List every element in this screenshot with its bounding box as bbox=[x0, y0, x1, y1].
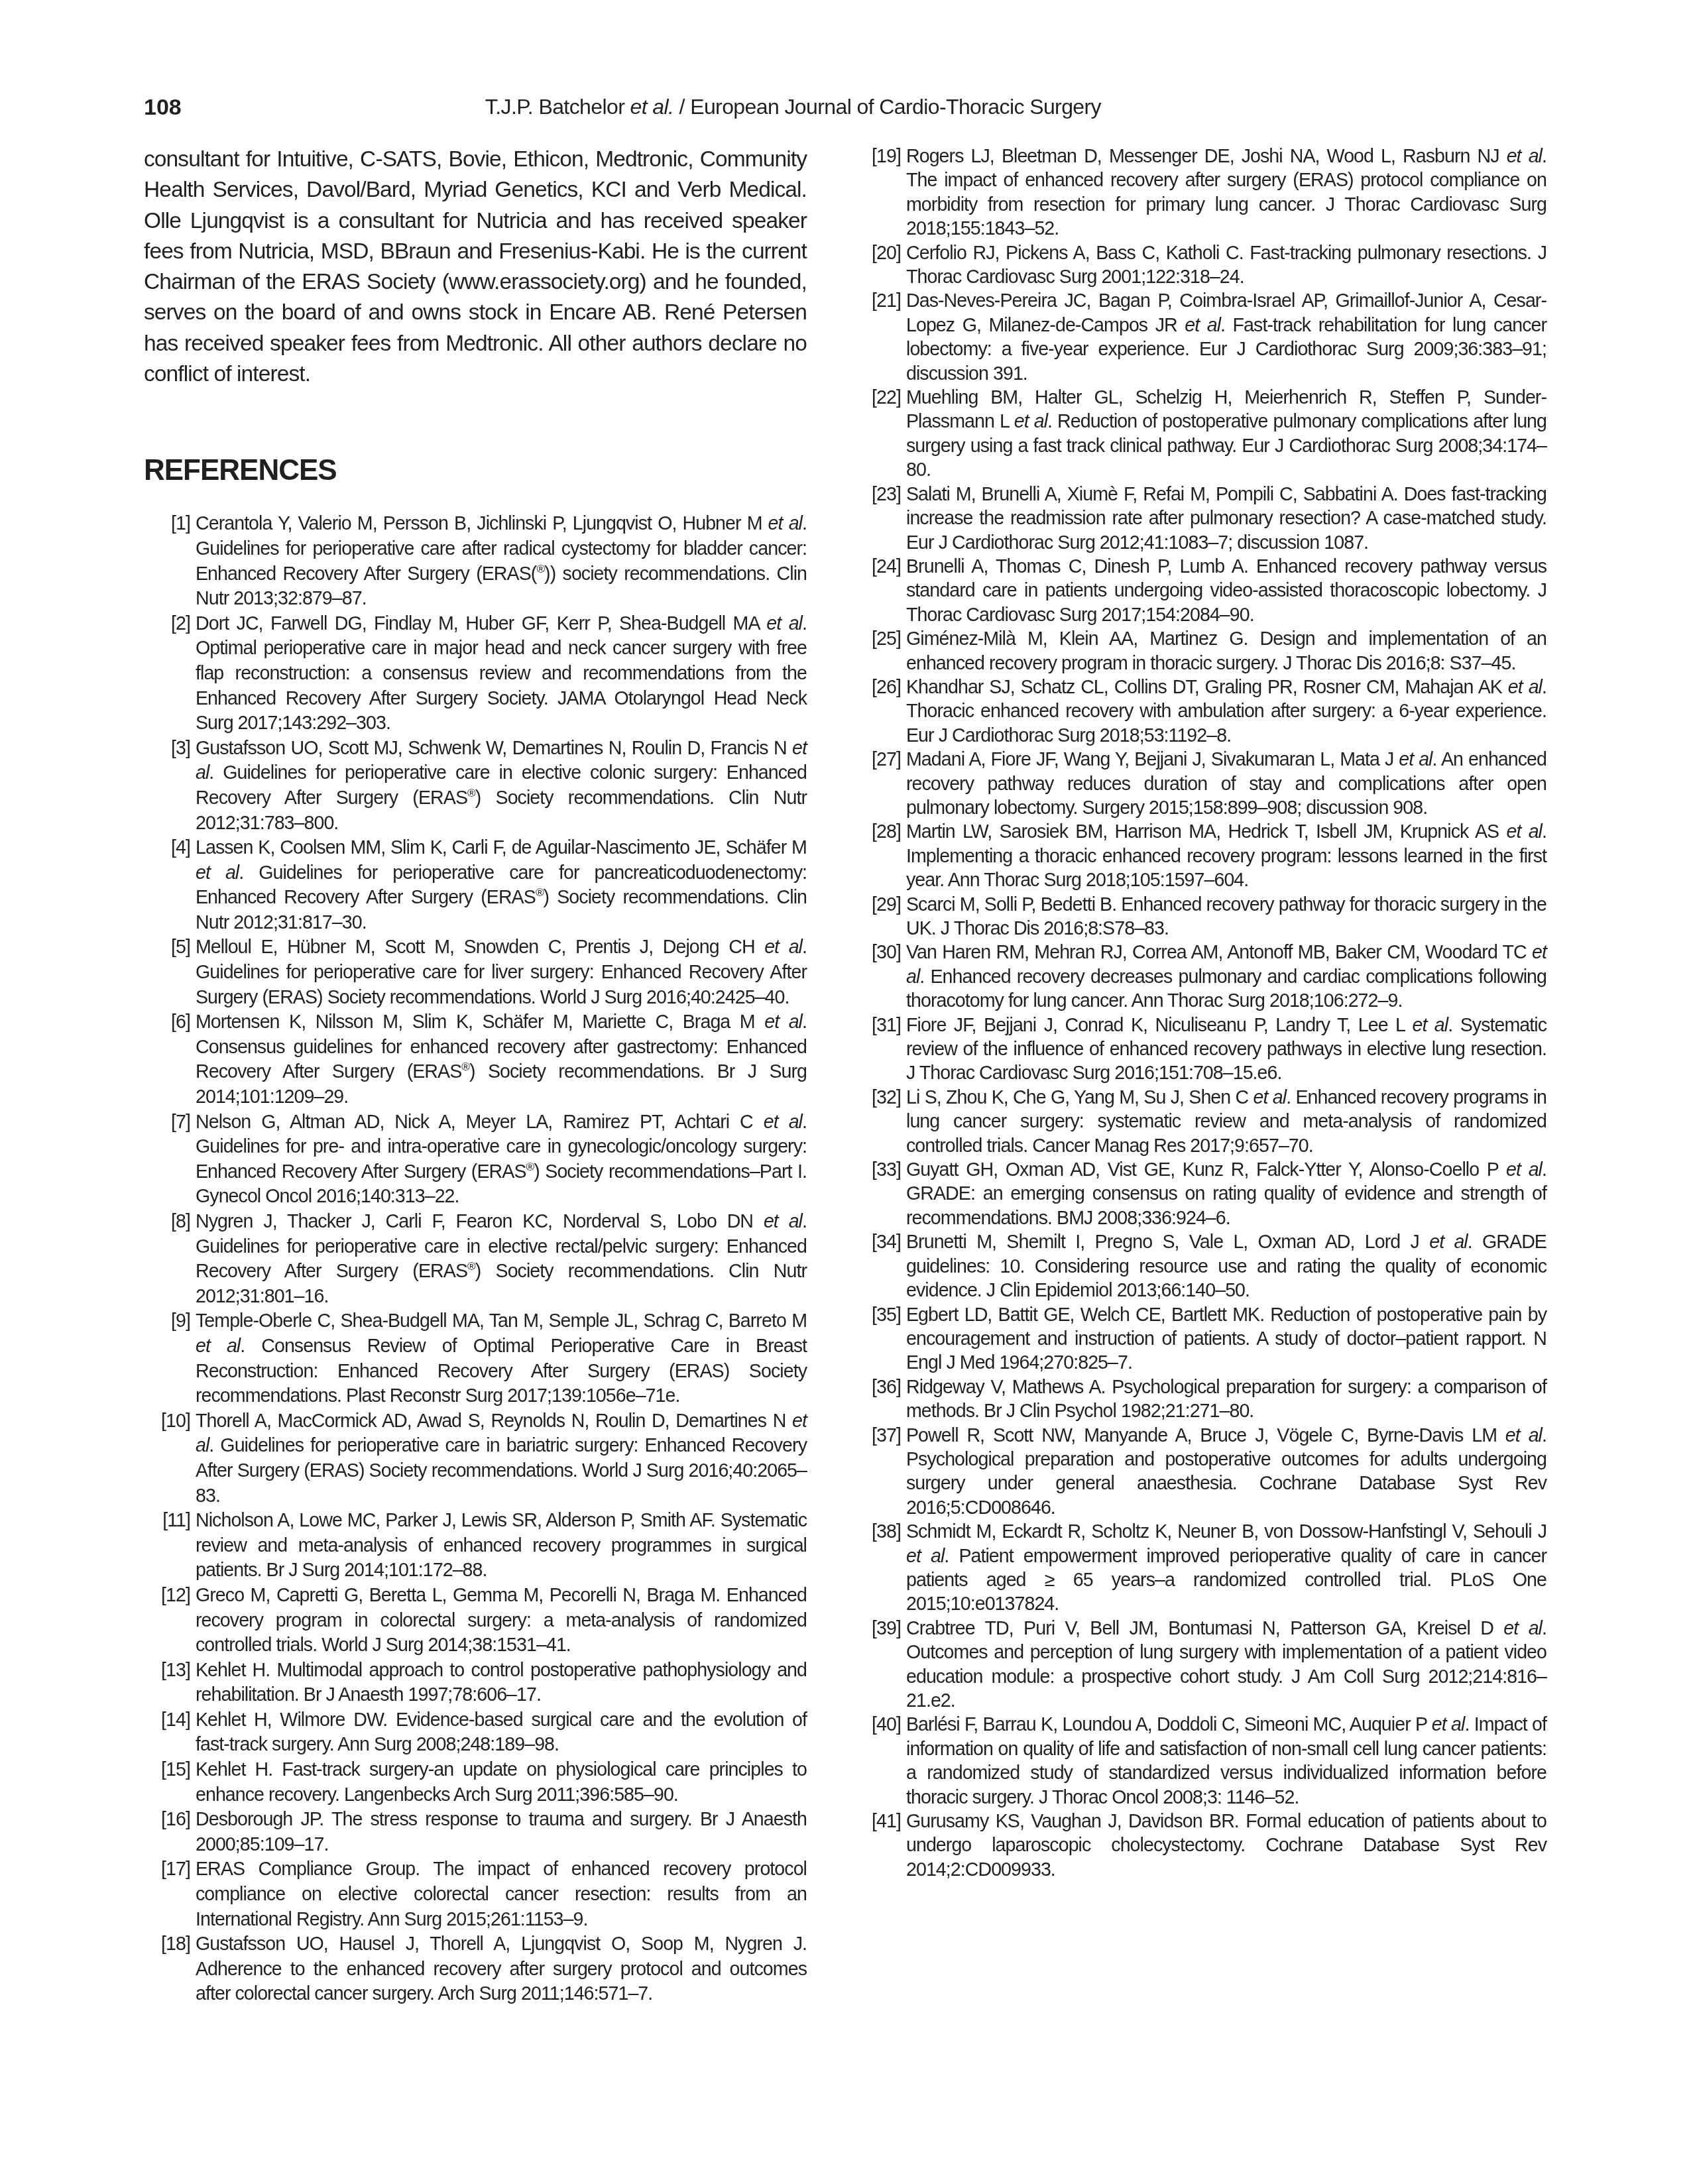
registered-mark: ® bbox=[526, 1160, 534, 1173]
reference-text: Gurusamy KS, Vaughan J, Davidson BR. For… bbox=[906, 1811, 1546, 1880]
reference-text-cont: . Guidelines for perioperative care in b… bbox=[196, 1435, 807, 1506]
reference-number: [27] bbox=[872, 748, 901, 772]
reference-item: [18]Gustafsson UO, Hausel J, Thorell A, … bbox=[144, 1932, 807, 2007]
reference-number: [2] bbox=[171, 612, 190, 637]
reference-text: Rogers LJ, Bleetman D, Messenger DE, Jos… bbox=[906, 146, 1507, 167]
reference-item: [4]Lassen K, Coolsen MM, Slim K, Carli F… bbox=[144, 836, 807, 935]
reference-etal: et al bbox=[766, 613, 802, 634]
reference-number: [22] bbox=[872, 386, 901, 410]
reference-text: Barlési F, Barrau K, Loundou A, Doddoli … bbox=[906, 1714, 1432, 1735]
reference-etal: et al bbox=[196, 1336, 240, 1357]
reference-item: [32]Li S, Zhou K, Che G, Yang M, Su J, S… bbox=[870, 1086, 1546, 1158]
conflict-of-interest-paragraph: consultant for Intuitive, C-SATS, Bovie,… bbox=[144, 144, 807, 390]
reference-number: [21] bbox=[872, 289, 901, 313]
reference-text: Giménez-Milà M, Klein AA, Martinez G. De… bbox=[906, 628, 1546, 673]
reference-text: Melloul E, Hübner M, Scott M, Snowden C,… bbox=[196, 937, 764, 958]
reference-etal: et al bbox=[1503, 1618, 1542, 1639]
reference-number: [11] bbox=[162, 1509, 190, 1534]
reference-text: Lassen K, Coolsen MM, Slim K, Carli F, d… bbox=[196, 837, 807, 858]
reference-item: [34]Brunetti M, Shemilt I, Pregno S, Val… bbox=[870, 1230, 1546, 1302]
reference-item: [25]Giménez-Milà M, Klein AA, Martinez G… bbox=[870, 627, 1546, 675]
references-heading: REFERENCES bbox=[144, 451, 807, 490]
reference-number: [12] bbox=[161, 1583, 190, 1609]
reference-item: [19]Rogers LJ, Bleetman D, Messenger DE,… bbox=[870, 144, 1546, 241]
reference-text: Gustafsson UO, Hausel J, Thorell A, Ljun… bbox=[196, 1933, 807, 2004]
reference-number: [15] bbox=[161, 1758, 190, 1783]
reference-number: [33] bbox=[872, 1158, 901, 1182]
reference-text: Cerantola Y, Valerio M, Persson B, Jichl… bbox=[196, 513, 768, 534]
reference-text: Kehlet H, Wilmore DW. Evidence-based sur… bbox=[196, 1709, 807, 1756]
reference-etal: et al bbox=[1432, 1714, 1465, 1735]
reference-text-cont: . Patient empowerment improved periopera… bbox=[906, 1546, 1546, 1615]
reference-etal: et al bbox=[764, 1112, 802, 1133]
reference-item: [17]ERAS Compliance Group. The impact of… bbox=[144, 1857, 807, 1932]
reference-text: Crabtree TD, Puri V, Bell JM, Bontumasi … bbox=[906, 1618, 1503, 1639]
reference-etal: et al bbox=[1185, 315, 1220, 336]
reference-text: Scarci M, Solli P, Bedetti B. Enhanced r… bbox=[906, 894, 1546, 939]
reference-item: [21]Das-Neves-Pereira JC, Bagan P, Coimb… bbox=[870, 289, 1546, 386]
reference-text: Martin LW, Sarosiek BM, Harrison MA, Hed… bbox=[906, 821, 1506, 842]
reference-text: Mortensen K, Nilsson M, Slim K, Schäfer … bbox=[196, 1011, 764, 1033]
reference-text: Kehlet H. Multimodal approach to control… bbox=[196, 1660, 807, 1706]
reference-item: [31]Fiore JF, Bejjani J, Conrad K, Nicul… bbox=[870, 1013, 1546, 1086]
reference-etal: et al bbox=[764, 1011, 802, 1033]
registered-mark: ® bbox=[467, 786, 475, 799]
reference-etal: et al bbox=[1507, 146, 1542, 167]
reference-text: ERAS Compliance Group. The impact of enh… bbox=[196, 1859, 807, 1929]
reference-text: Gustafsson UO, Scott MJ, Schwenk W, Dema… bbox=[196, 738, 792, 759]
reference-text: Kehlet H. Fast-track surgery-an update o… bbox=[196, 1759, 807, 1806]
reference-text: Desborough JP. The stress response to tr… bbox=[196, 1809, 807, 1855]
reference-etal: et al bbox=[906, 1546, 944, 1567]
reference-item: [33]Guyatt GH, Oxman AD, Vist GE, Kunz R… bbox=[870, 1158, 1546, 1230]
reference-number: [1] bbox=[171, 512, 190, 537]
reference-text: Fiore JF, Bejjani J, Conrad K, Niculisea… bbox=[906, 1015, 1412, 1036]
reference-text: Egbert LD, Battit GE, Welch CE, Bartlett… bbox=[906, 1304, 1546, 1374]
reference-item: [15]Kehlet H. Fast-track surgery-an upda… bbox=[144, 1758, 807, 1808]
reference-number: [23] bbox=[872, 483, 901, 506]
left-column: consultant for Intuitive, C-SATS, Bovie,… bbox=[144, 144, 807, 2007]
reference-etal: et al bbox=[1014, 411, 1047, 432]
reference-text: Salati M, Brunelli A, Xiumè F, Refai M, … bbox=[906, 484, 1546, 553]
running-head-journal: / European Journal of Cardio-Thoracic Su… bbox=[673, 95, 1101, 119]
reference-text: Van Haren RM, Mehran RJ, Correa AM, Anto… bbox=[906, 942, 1532, 963]
reference-number: [26] bbox=[872, 675, 901, 699]
reference-number: [3] bbox=[171, 736, 190, 762]
reference-number: [5] bbox=[171, 935, 190, 960]
reference-number: [13] bbox=[161, 1658, 190, 1684]
reference-item: [41]Gurusamy KS, Vaughan J, Davidson BR.… bbox=[870, 1810, 1546, 1882]
reference-text: Khandhar SJ, Schatz CL, Collins DT, Gral… bbox=[906, 677, 1508, 698]
reference-number: [28] bbox=[872, 820, 901, 844]
reference-item: [16]Desborough JP. The stress response t… bbox=[144, 1808, 807, 1857]
reference-item: [7]Nelson G, Altman AD, Nick A, Meyer LA… bbox=[144, 1110, 807, 1210]
reference-etal: et al bbox=[1429, 1232, 1468, 1253]
reference-etal: et al bbox=[1506, 1159, 1542, 1180]
reference-number: [34] bbox=[872, 1230, 901, 1254]
reference-text: Guyatt GH, Oxman AD, Vist GE, Kunz R, Fa… bbox=[906, 1159, 1506, 1180]
reference-etal: et al bbox=[196, 862, 239, 884]
reference-item: [40]Barlési F, Barrau K, Loundou A, Dodd… bbox=[870, 1713, 1546, 1810]
reference-item: [23]Salati M, Brunelli A, Xiumè F, Refai… bbox=[870, 483, 1546, 555]
reference-item: [10]Thorell A, MacCormick AD, Awad S, Re… bbox=[144, 1409, 807, 1509]
reference-item: [12]Greco M, Capretti G, Beretta L, Gemm… bbox=[144, 1583, 807, 1658]
reference-number: [18] bbox=[161, 1932, 190, 1957]
reference-number: [6] bbox=[171, 1010, 190, 1035]
reference-number: [8] bbox=[171, 1210, 190, 1235]
reference-number: [31] bbox=[872, 1013, 901, 1037]
reference-number: [40] bbox=[872, 1713, 901, 1737]
reference-etal: et al bbox=[1254, 1087, 1287, 1108]
reference-number: [30] bbox=[872, 941, 901, 964]
reference-text: Thorell A, MacCormick AD, Awad S, Reynol… bbox=[196, 1410, 792, 1432]
running-head: T.J.P. Batchelor et al. / European Journ… bbox=[418, 95, 1101, 119]
reference-etal: et al bbox=[1505, 1425, 1542, 1446]
reference-text: Ridgeway V, Mathews A. Psychological pre… bbox=[906, 1377, 1546, 1422]
reference-number: [7] bbox=[171, 1110, 190, 1135]
reference-item: [20]Cerfolio RJ, Pickens A, Bass C, Kath… bbox=[870, 241, 1546, 290]
running-head-authors: T.J.P. Batchelor bbox=[485, 95, 624, 119]
reference-text: Nelson G, Altman AD, Nick A, Meyer LA, R… bbox=[196, 1112, 764, 1133]
reference-item: [22]Muehling BM, Halter GL, Schelzig H, … bbox=[870, 386, 1546, 483]
reference-text: Brunelli A, Thomas C, Dinesh P, Lumb A. … bbox=[906, 556, 1546, 626]
reference-item: [11]Nicholson A, Lowe MC, Parker J, Lewi… bbox=[144, 1509, 807, 1583]
reference-item: [36]Ridgeway V, Mathews A. Psychological… bbox=[870, 1375, 1546, 1424]
reference-item: [8]Nygren J, Thacker J, Carli F, Fearon … bbox=[144, 1210, 807, 1309]
reference-text: Cerfolio RJ, Pickens A, Bass C, Katholi … bbox=[906, 243, 1546, 288]
reference-etal: et al bbox=[1412, 1015, 1448, 1036]
reference-number: [20] bbox=[872, 241, 901, 265]
reference-item: [3]Gustafsson UO, Scott MJ, Schwenk W, D… bbox=[144, 736, 807, 836]
reference-number: [35] bbox=[872, 1303, 901, 1327]
reference-number: [14] bbox=[161, 1708, 190, 1733]
reference-number: [32] bbox=[872, 1086, 901, 1110]
reference-number: [29] bbox=[872, 893, 901, 917]
reference-number: [39] bbox=[872, 1617, 901, 1640]
reference-text: Nicholson A, Lowe MC, Parker J, Lewis SR… bbox=[196, 1510, 807, 1581]
registered-mark: ® bbox=[536, 886, 544, 899]
reference-item: [26]Khandhar SJ, Schatz CL, Collins DT, … bbox=[870, 675, 1546, 748]
registered-mark: ® bbox=[467, 1260, 475, 1273]
reference-item: [30]Van Haren RM, Mehran RJ, Correa AM, … bbox=[870, 941, 1546, 1013]
references-list-right: [19]Rogers LJ, Bleetman D, Messenger DE,… bbox=[870, 144, 1546, 1882]
reference-text: Powell R, Scott NW, Manyande A, Bruce J,… bbox=[906, 1425, 1505, 1446]
page-number: 108 bbox=[144, 95, 182, 121]
reference-item: [37]Powell R, Scott NW, Manyande A, Bruc… bbox=[870, 1424, 1546, 1521]
reference-number: [17] bbox=[161, 1857, 190, 1882]
reference-text: Greco M, Capretti G, Beretta L, Gemma M,… bbox=[196, 1585, 807, 1656]
reference-number: [16] bbox=[161, 1808, 190, 1833]
reference-number: [19] bbox=[872, 144, 901, 168]
reference-text: Temple-Oberle C, Shea-Budgell MA, Tan M,… bbox=[196, 1310, 807, 1332]
reference-item: [2]Dort JC, Farwell DG, Findlay M, Huber… bbox=[144, 612, 807, 736]
reference-text-cont: . Consensus Review of Optimal Perioperat… bbox=[196, 1336, 807, 1407]
reference-number: [24] bbox=[872, 555, 901, 579]
references-list-left: [1]Cerantola Y, Valerio M, Persson B, Ji… bbox=[144, 512, 807, 2007]
reference-number: [9] bbox=[171, 1309, 190, 1334]
reference-item: [38]Schmidt M, Eckardt R, Scholtz K, Neu… bbox=[870, 1520, 1546, 1617]
registered-mark: ® bbox=[461, 1061, 469, 1074]
reference-etal: et al bbox=[764, 1211, 802, 1232]
reference-text-cont: . Enhanced recovery decreases pulmonary … bbox=[906, 966, 1546, 1011]
reference-number: [4] bbox=[171, 836, 190, 861]
reference-text: Nygren J, Thacker J, Carli F, Fearon KC,… bbox=[196, 1211, 764, 1232]
reference-text: Dort JC, Farwell DG, Findlay M, Huber GF… bbox=[196, 613, 766, 634]
reference-item: [9]Temple-Oberle C, Shea-Budgell MA, Tan… bbox=[144, 1309, 807, 1408]
reference-item: [24]Brunelli A, Thomas C, Dinesh P, Lumb… bbox=[870, 555, 1546, 627]
reference-item: [28]Martin LW, Sarosiek BM, Harrison MA,… bbox=[870, 820, 1546, 892]
reference-item: [14]Kehlet H, Wilmore DW. Evidence-based… bbox=[144, 1708, 807, 1758]
registered-mark: ® bbox=[536, 562, 544, 575]
reference-text: Madani A, Fiore JF, Wang Y, Bejjani J, S… bbox=[906, 749, 1399, 770]
reference-number: [37] bbox=[872, 1424, 901, 1448]
reference-item: [5]Melloul E, Hübner M, Scott M, Snowden… bbox=[144, 935, 807, 1010]
right-column: [19]Rogers LJ, Bleetman D, Messenger DE,… bbox=[870, 144, 1546, 1882]
reference-text: Schmidt M, Eckardt R, Scholtz K, Neuner … bbox=[906, 1521, 1546, 1542]
reference-item: [27]Madani A, Fiore JF, Wang Y, Bejjani … bbox=[870, 748, 1546, 820]
reference-etal: et al bbox=[1399, 749, 1432, 770]
reference-text: Brunetti M, Shemilt I, Pregno S, Vale L,… bbox=[906, 1232, 1429, 1253]
reference-item: [6]Mortensen K, Nilsson M, Slim K, Schäf… bbox=[144, 1010, 807, 1110]
reference-item: [1]Cerantola Y, Valerio M, Persson B, Ji… bbox=[144, 512, 807, 611]
reference-etal: et al bbox=[768, 513, 802, 534]
reference-number: [38] bbox=[872, 1520, 901, 1544]
reference-etal: et al bbox=[1506, 821, 1542, 842]
reference-text: Li S, Zhou K, Che G, Yang M, Su J, Shen … bbox=[906, 1087, 1254, 1108]
reference-number: [36] bbox=[872, 1375, 901, 1399]
reference-etal: et al bbox=[1508, 677, 1542, 698]
reference-number: [41] bbox=[872, 1810, 901, 1833]
reference-item: [13]Kehlet H. Multimodal approach to con… bbox=[144, 1658, 807, 1708]
reference-item: [35]Egbert LD, Battit GE, Welch CE, Bart… bbox=[870, 1303, 1546, 1375]
reference-number: [25] bbox=[872, 627, 901, 651]
reference-item: [39]Crabtree TD, Puri V, Bell JM, Bontum… bbox=[870, 1617, 1546, 1713]
reference-etal: et al bbox=[764, 937, 802, 958]
reference-number: [10] bbox=[161, 1409, 190, 1434]
running-head-etal: et al. bbox=[630, 95, 673, 119]
reference-item: [29]Scarci M, Solli P, Bedetti B. Enhanc… bbox=[870, 893, 1546, 941]
